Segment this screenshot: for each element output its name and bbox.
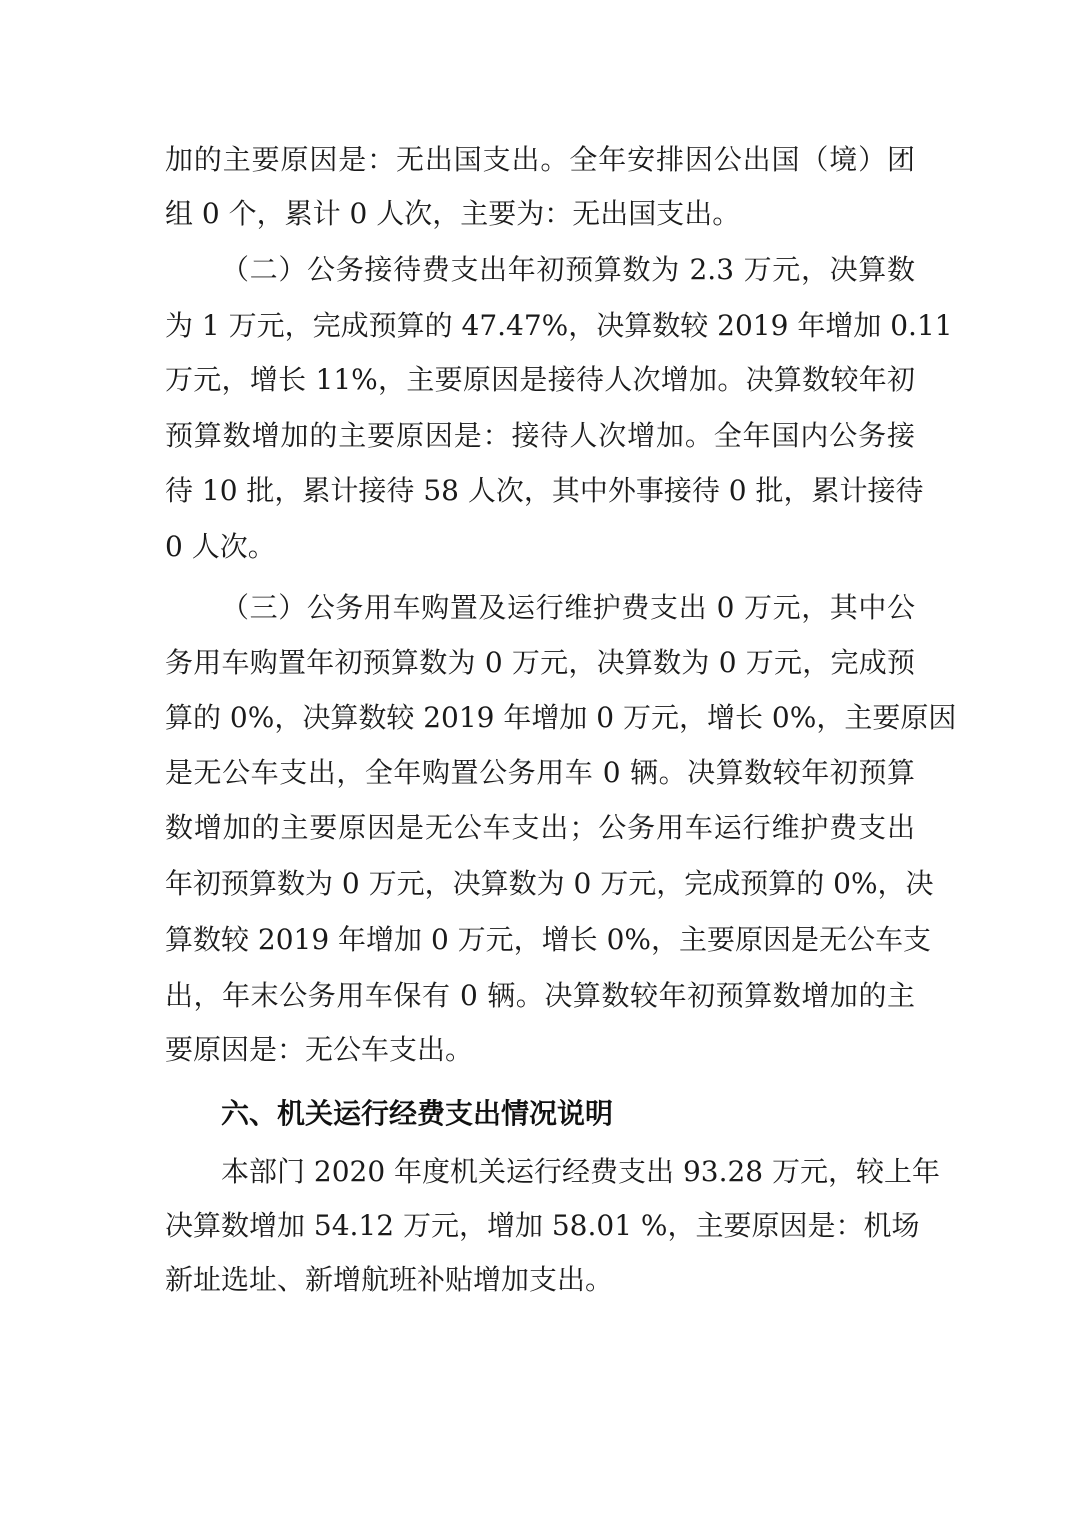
text-line: 万元，增长 11%，主要原因是接待人次增加。决算数较年初 (165, 360, 915, 400)
text-line: 出，年末公务用车保有 0 辆。决算数较年初预算数增加的主 (165, 976, 915, 1016)
text-line: 新址选址、新增航班补贴增加支出。 (165, 1260, 915, 1300)
text-line: 要原因是：无公车支出。 (165, 1030, 915, 1070)
document-page: 加的主要原因是：无出国支出。全年安排因公出国（境）团 组 0 个，累计 0 人次… (0, 0, 1074, 1520)
text-line: 为 1 万元，完成预算的 47.47%，决算数较 2019 年增加 0.11 (165, 306, 915, 346)
text-line: 加的主要原因是：无出国支出。全年安排因公出国（境）团 (165, 140, 915, 180)
text-line: 组 0 个，累计 0 人次，主要为：无出国支出。 (165, 194, 915, 234)
text-line: 预算数增加的主要原因是：接待人次增加。全年国内公务接 (165, 416, 915, 456)
text-line: 年初预算数为 0 万元，决算数为 0 万元，完成预算的 0%，决 (165, 864, 915, 904)
text-line: 算数较 2019 年增加 0 万元，增长 0%，主要原因是无公车支 (165, 920, 915, 960)
text-line: 0 人次。 (165, 527, 915, 567)
text-line: 本部门 2020 年度机关运行经费支出 93.28 万元，较上年 (221, 1152, 915, 1192)
text-line: 算的 0%，决算数较 2019 年增加 0 万元，增长 0%，主要原因 (165, 698, 915, 738)
text-line: 待 10 批，累计接待 58 人次，其中外事接待 0 批，累计接待 (165, 471, 915, 511)
text-line: 是无公车支出，全年购置公务用车 0 辆。决算数较年初预算 (165, 753, 915, 793)
text-line: 数增加的主要原因是无公车支出；公务用车运行维护费支出 (165, 808, 915, 848)
text-line: （三）公务用车购置及运行维护费支出 0 万元，其中公 (221, 588, 915, 628)
text-line: 务用车购置年初预算数为 0 万元，决算数为 0 万元，完成预 (165, 643, 915, 683)
section-heading: 六、机关运行经费支出情况说明 (221, 1094, 613, 1134)
text-line: （二）公务接待费支出年初预算数为 2.3 万元，决算数 (221, 250, 915, 290)
text-line: 决算数增加 54.12 万元，增加 58.01 %，主要原因是：机场 (165, 1206, 915, 1246)
